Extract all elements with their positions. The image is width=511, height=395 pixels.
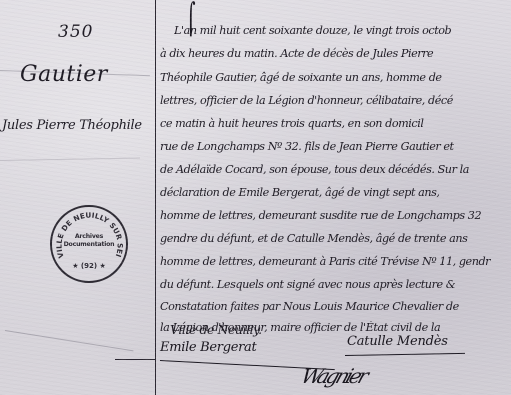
paper-crease — [5, 330, 134, 351]
stamp-line-documentation: Documentation — [52, 241, 126, 248]
body-line-9: homme de lettres, demeurant susdite rue … — [160, 209, 510, 222]
body-line-10: gendre du défunt, et de Catulle Mendès, … — [160, 232, 510, 245]
margin-rule — [155, 0, 156, 395]
body-line-2: à dix heures du matin. Acte de décès de … — [160, 47, 510, 60]
deceased-given-names: Jules Pierre Théophile — [2, 118, 142, 133]
body-line-6: rue de Longchamps Nº 32. fils de Jean Pi… — [160, 140, 510, 153]
body-line-3: Théophile Gautier, âgé de soixante un an… — [160, 71, 510, 84]
body-line-1: L'an mil huit cent soixante douze, le vi… — [174, 24, 511, 37]
body-line-13: Constatation faites par Nous Louis Mauri… — [160, 300, 510, 313]
stamp-line-archives: Archives — [52, 233, 126, 240]
body-line-11: homme de lettres, demeurant à Paris cité… — [160, 255, 510, 268]
deceased-surname: Gautier — [20, 62, 108, 87]
body-line-12: du défunt. Lesquels ont signé avec nous … — [160, 278, 510, 291]
register-page: 350 Gautier Jules Pierre Théophile VILLE… — [0, 0, 511, 395]
body-line-4: lettres, officier de la Légion d'honneur… — [160, 94, 510, 107]
signature-underline — [345, 353, 465, 356]
signature-emile-bergerat: Emile Bergerat — [160, 340, 256, 355]
archive-stamp: VILLE DE NEUILLY SUR SEINE Archives Docu… — [50, 205, 128, 283]
body-line-15: Ville de Neuilly. — [170, 322, 330, 337]
signature-catulle-mendes: Catulle Mendès — [347, 334, 448, 349]
body-line-5: ce matin à huit heures trois quarts, en … — [160, 117, 510, 130]
paper-crease — [0, 158, 140, 161]
body-line-8: déclaration de Emile Bergerat, âgé de vi… — [160, 186, 510, 199]
stamp-department: ★ (92) ★ — [52, 262, 126, 270]
margin-rule-horizontal — [115, 359, 155, 360]
body-line-7: de Adélaïde Cocard, son épouse, tous deu… — [160, 163, 510, 176]
record-number: 350 — [58, 22, 93, 42]
